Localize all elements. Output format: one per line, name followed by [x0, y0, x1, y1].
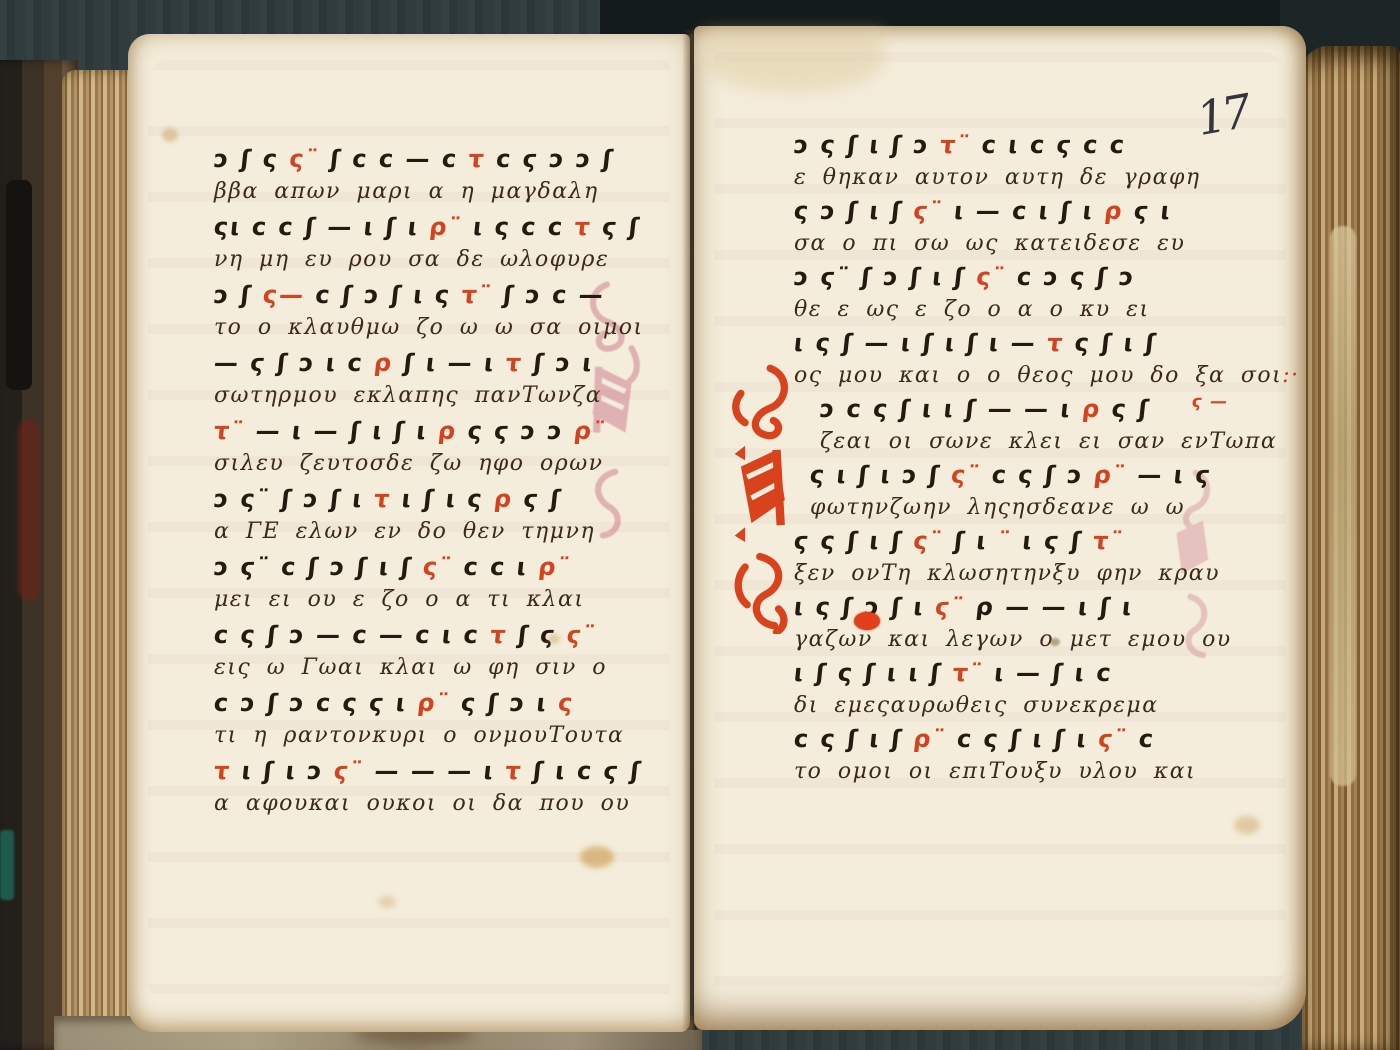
right-page-lines: ɔ ς ʃ ι ʃ ɔ τ¨ c ι c ϛ c cε θηκαν αυτον …: [794, 126, 1274, 786]
amber-stain: [580, 846, 614, 868]
lyrics-line: σωτηρμου εκλαπης πανΤωνζα: [214, 382, 684, 410]
manuscript-line: ς ɔ ʃ ι ʃ ϛ¨ ι — c ι ʃ ι ρ ϛ ισα ο πι σω…: [794, 192, 1274, 258]
manuscript-line: ϛ ς ʃ ι ʃ ς¨ ʃ ι ¨ ι ϛ ʃ τ¨ξεν ονΤη κλωσ…: [794, 522, 1274, 588]
lyrics-line: δι εμεςαυρωθεις συνεκρεμα: [794, 692, 1274, 720]
neume-line: ςι c c ʃ — ι ʃ ι ρ¨ ι ς c c τ ϛ ʃ: [212, 208, 686, 246]
red-ink-dot: [854, 612, 880, 630]
photograph-scene: ɔ ʃ ς ς¨ ʃ c c — c τ c ϛ ɔ ɔ ʃββα απων μ…: [0, 0, 1400, 1050]
fox-spot: [1234, 816, 1260, 834]
lyrics-line: μει ει ου ε ζο ο α τι κλαι: [214, 586, 684, 614]
lyrics-line: ος μου και ο ο θεος μου δο ξα σοι:·: [794, 362, 1274, 390]
lyrics-line: εις ω Γωαι κλαι ω φη σιν ο: [214, 654, 684, 682]
lyrics-line: ε θηκαν αυτον αυτη δε γραφη: [794, 164, 1274, 192]
leather-red-patch: [18, 420, 40, 600]
right-page: ɔ ς ʃ ι ʃ ɔ τ¨ c ι c ϛ c cε θηκαν αυτον …: [694, 26, 1306, 1030]
lyrics-line: σα ο πι σω ως κατειδεσε ευ: [794, 230, 1274, 258]
manuscript-line: c ς ʃ ɔ — c — c ι c τ ʃ ϛ ϛ¨εις ω Γωαι κ…: [214, 616, 684, 684]
neume-line: ɔ ϛ¨ ʃ ɔ ʃ ι ʃ ς¨ c ɔ ς ʃ ɔ: [792, 258, 1276, 296]
manuscript-line: ι ʃ ς ʃ ι ι ʃ τ¨ ι — ʃ ι cδι εμεςαυρωθει…: [794, 654, 1274, 720]
lyrics-line: ζεαι οι σωνε κλει ει σαν ενΤωπα: [820, 428, 1274, 456]
page-fore-edge-right: [1302, 46, 1400, 1050]
marginal-red-neume: ϛ —: [1191, 392, 1230, 412]
neume-line: ɔ ʃ ς ς¨ ʃ c c — c τ c ϛ ɔ ɔ ʃ: [212, 140, 686, 178]
lyrics-line: ξεν ονΤη κλωσητηνξυ φην κραυ: [794, 560, 1274, 588]
neume-line: ɔ ʃ ς— c ʃ ɔ ʃ ι ς τ¨ ʃ ɔ c —: [212, 276, 686, 314]
neume-line: ι ʃ ς ʃ ι ι ʃ τ¨ ι — ʃ ι c: [792, 654, 1276, 692]
lyrics-line: σιλευ ζευτοσδε ζω ηφο ορων: [214, 450, 684, 478]
lyrics-line: ββα απων μαρι α η μαγδαλη: [214, 178, 684, 206]
lyrics-line: τι η ραντονκυρι ο ονμουΤουτα: [214, 722, 684, 750]
neume-line: — ϛ ʃ ɔ ι c ρ ʃ ι — ι τ ʃ ɔ ι: [212, 344, 686, 382]
neume-line: c ɔ ʃ ɔ c ς ϛ ι ρ¨ ς ʃ ɔ ι ς: [212, 684, 686, 722]
neume-line: c ς ʃ ɔ — c — c ι c τ ʃ ϛ ϛ¨: [212, 616, 686, 654]
lyrics-line: α ΓΕ ελων εν δο θεν τημνη: [214, 518, 684, 546]
red-ornamental-initial-icon: [728, 362, 802, 634]
lyrics-line: το ο κλαυθμω ζο ω ω σα οιμοι: [214, 314, 684, 342]
manuscript-line: ɔ ϛ¨ c ʃ ɔ ʃ ι ʃ ς¨ c c ι ρ¨μει ει ου ε …: [214, 548, 684, 616]
manuscript-line: ɔ ϛ¨ ʃ ɔ ʃ ι ʃ ς¨ c ɔ ς ʃ ɔθε ε ως ε ζο …: [794, 258, 1274, 324]
manuscript-line: c ς ʃ ι ʃ ρ¨ c ς ʃ ι ʃ ι ϛ¨ cτο ομοι οι …: [794, 720, 1274, 786]
neume-line: ς ι ʃ ι ɔ ʃ ς¨ c ς ʃ ɔ ρ¨ — ι ϛ: [808, 456, 1276, 494]
manuscript-line: c ɔ ʃ ɔ c ς ϛ ι ρ¨ ς ʃ ɔ ι ςτι η ραντονκ…: [214, 684, 684, 752]
manuscript-line: ι ς ʃ — ι ʃ ι ʃ ι — τ ς ʃ ι ʃος μου και …: [794, 324, 1274, 390]
lyrics-line: θε ε ως ε ζο ο α ο κυ ει: [794, 296, 1274, 324]
manuscript-line: ς ι ʃ ι ɔ ʃ ς¨ c ς ʃ ɔ ρ¨ — ι ϛφωτηνζωην…: [810, 456, 1274, 522]
lyrics-line: το ομοι οι επιΤουξυ υλου και: [794, 758, 1274, 786]
lyrics-line: α αφουκαι ουκοι οι δα που ου: [214, 790, 684, 818]
neume-line: τ¨ — ι — ʃ ι ʃ ι ρ ς ϛ ɔ ɔ ρ¨: [212, 412, 686, 450]
gutter-top-stain: [704, 32, 884, 92]
lyrics-line: γαζων και λεγων ο μετ εμου ου: [794, 626, 1274, 654]
left-page: ɔ ʃ ς ς¨ ʃ c c — c τ c ϛ ɔ ɔ ʃββα απων μ…: [128, 34, 690, 1032]
manuscript-line: τ¨ — ι — ʃ ι ʃ ι ρ ς ϛ ɔ ɔ ρ¨σιλευ ζευτο…: [214, 412, 684, 480]
neume-line: ɔ ς¨ ʃ ɔ ʃ ι τ ι ʃ ι ς ρ ϛ ʃ: [212, 480, 686, 518]
manuscript-line: — ϛ ʃ ɔ ι c ρ ʃ ι — ι τ ʃ ɔ ισωτηρμου εκ…: [214, 344, 684, 412]
manuscript-line: ɔ ς¨ ʃ ɔ ʃ ι τ ι ʃ ι ς ρ ϛ ʃα ΓΕ ελων εν…: [214, 480, 684, 548]
neume-line: ι ς ʃ — ι ʃ ι ʃ ι — τ ς ʃ ι ʃ: [792, 324, 1276, 362]
manuscript-line: ςι c c ʃ — ι ʃ ι ρ¨ ι ς c c τ ϛ ʃνη μη ε…: [214, 208, 684, 276]
left-page-lines: ɔ ʃ ς ς¨ ʃ c c — c τ c ϛ ɔ ɔ ʃββα απων μ…: [214, 140, 684, 820]
manuscript-line: ɔ ʃ ς ς¨ ʃ c c — c τ c ϛ ɔ ɔ ʃββα απων μ…: [214, 140, 684, 208]
leather-teal-patch: [0, 830, 14, 900]
lyrics-line: νη μη ευ ρου σα δε ωλοφυρε: [214, 246, 684, 274]
page-number: 17: [1193, 84, 1252, 146]
leather-wear-patch: [6, 180, 32, 390]
neume-line: ɔ ϛ¨ c ʃ ɔ ʃ ι ʃ ς¨ c c ι ρ¨: [212, 548, 686, 586]
neume-line: ς ɔ ʃ ι ʃ ϛ¨ ι — c ι ʃ ι ρ ϛ ι: [792, 192, 1276, 230]
fox-spot: [378, 896, 396, 908]
neume-line: c ς ʃ ι ʃ ρ¨ c ς ʃ ι ʃ ι ϛ¨ c: [792, 720, 1276, 758]
manuscript-line: ɔ ʃ ς— c ʃ ɔ ʃ ι ς τ¨ ʃ ɔ c —το ο κλαυθμ…: [214, 276, 684, 344]
fox-spot: [162, 128, 178, 142]
lyrics-line: φωτηνζωην ληςησδεανε ω ω: [810, 494, 1274, 522]
red-end-mark: :·: [1282, 363, 1299, 388]
manuscript-line: τ ι ʃ ι ɔ ϛ¨ — — — ι τ ʃ ι c ϛ ʃα αφουκα…: [214, 752, 684, 820]
neume-line: τ ι ʃ ι ɔ ϛ¨ — — — ι τ ʃ ι c ϛ ʃ: [212, 752, 686, 790]
neume-line: ϛ ς ʃ ι ʃ ς¨ ʃ ι ¨ ι ϛ ʃ τ¨: [792, 522, 1276, 560]
